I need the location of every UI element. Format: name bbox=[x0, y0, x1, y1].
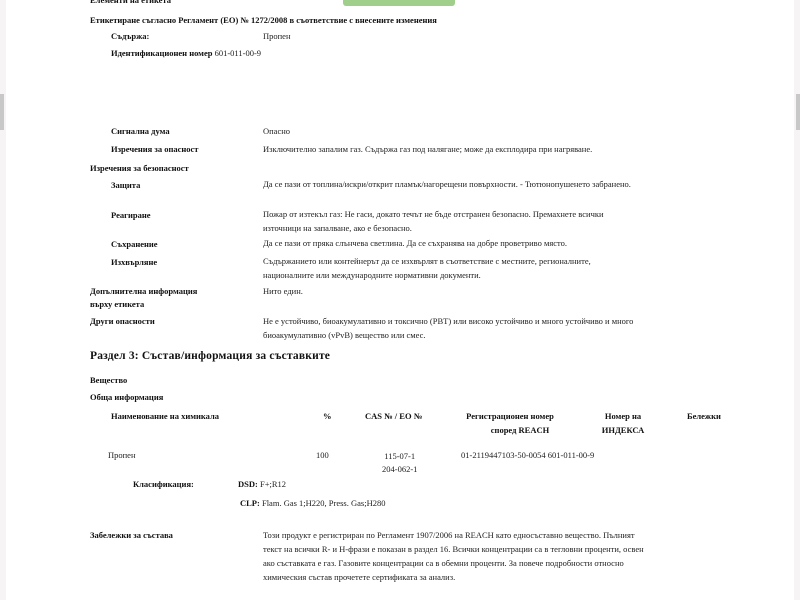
clp-value: Flam. Gas 1;H220, Press. Gas;H280 bbox=[262, 498, 385, 508]
disposal-label: Изхвърляне bbox=[111, 257, 157, 267]
scrollbar-thumb[interactable] bbox=[796, 94, 800, 130]
hazard-statements-label: Изречения за опасност bbox=[111, 144, 198, 154]
green-banner-button[interactable] bbox=[343, 0, 455, 6]
cell-cas: 115-07-1 bbox=[382, 450, 417, 463]
response-value: Пожар от изтекъл газ: Не гаси, докато те… bbox=[263, 207, 613, 235]
col-header-index: Номер на ИНДЕКСА bbox=[598, 409, 648, 437]
left-scroll-strip[interactable] bbox=[0, 0, 6, 600]
prevention-value: Да се пази от топлина/искри/открит пламъ… bbox=[263, 177, 633, 191]
composition-notes-label: Забележки за състава bbox=[90, 530, 173, 540]
dsd-value: F+;R12 bbox=[260, 479, 286, 489]
substance-heading: Вещество bbox=[90, 375, 127, 385]
classification-label: Класификация: bbox=[133, 479, 194, 489]
other-hazards-value: Не е устойчиво, биоакумулативно и токсич… bbox=[263, 314, 643, 342]
precautionary-heading: Изречения за безопасност bbox=[90, 163, 189, 173]
cell-percent: 100 bbox=[316, 450, 329, 460]
contains-value: Пропен bbox=[263, 31, 291, 41]
label-elements-heading: Елементи на етикета bbox=[90, 0, 171, 5]
storage-label: Съхранение bbox=[111, 239, 158, 249]
id-number-value: 601-011-00-9 bbox=[215, 48, 261, 58]
col-header-percent: % bbox=[323, 409, 332, 423]
contains-label: Съдържа: bbox=[111, 31, 149, 41]
clp-label: CLP: bbox=[240, 498, 260, 508]
dsd-row: DSD: F+;R12 bbox=[238, 479, 286, 489]
cell-reach-index: 01-2119447103-50-0054 601-011-00-9 bbox=[461, 450, 594, 460]
disposal-value: Съдържанието или контейнерът да се изхвъ… bbox=[263, 254, 623, 282]
cell-ec: 204-062-1 bbox=[382, 463, 417, 476]
hazard-statements-value: Изключително запалим газ. Съдържа газ по… bbox=[263, 144, 592, 154]
general-info-heading: Обща информация bbox=[90, 392, 163, 402]
clp-row: CLP: Flam. Gas 1;H220, Press. Gas;H280 bbox=[240, 498, 385, 508]
response-label: Реагиране bbox=[111, 210, 151, 220]
signal-word-label: Сигнална дума bbox=[111, 126, 170, 136]
col-header-name: Наименование на химикала bbox=[111, 409, 219, 423]
clp-labelling-heading: Етикетиране съгласно Регламент (ЕО) № 12… bbox=[90, 15, 437, 25]
supplementary-value: Нито един. bbox=[263, 286, 303, 296]
left-scroll-thumb[interactable] bbox=[0, 94, 4, 130]
supplementary-label: Допълнителна информация върху етикета bbox=[90, 285, 197, 311]
id-number-row: Идентификационен номер 601-011-00-9 bbox=[111, 48, 261, 58]
col-header-notes: Бележки bbox=[687, 409, 721, 423]
index-header-line1: Номер на bbox=[598, 409, 648, 423]
col-header-reach: Регистрационен номер според REACH bbox=[455, 409, 565, 437]
index-header-line2: ИНДЕКСА bbox=[598, 423, 648, 437]
other-hazards-label: Други опасности bbox=[90, 316, 155, 326]
supplementary-label-line1: Допълнителна информация bbox=[90, 285, 197, 298]
supplementary-label-line2: върху етикета bbox=[90, 298, 197, 311]
col-header-cas-ec: CAS № / ЕО № bbox=[365, 409, 422, 423]
section3-title: Раздел 3: Състав/информация за съставкит… bbox=[90, 350, 330, 362]
cell-cas-ec: 115-07-1 204-062-1 bbox=[382, 450, 417, 476]
cell-name: Пропен bbox=[108, 450, 136, 460]
prevention-label: Защита bbox=[111, 180, 140, 190]
storage-value: Да се пази от пряка слънчева светлина. Д… bbox=[263, 238, 567, 248]
signal-word-value: Опасно bbox=[263, 126, 290, 136]
id-number-label: Идентификационен номер bbox=[111, 48, 212, 58]
dsd-label: DSD: bbox=[238, 479, 258, 489]
vertical-scrollbar[interactable] bbox=[794, 0, 800, 600]
reach-header-line2: според REACH bbox=[455, 423, 565, 437]
composition-notes-value: Този продукт е регистриран по Регламент … bbox=[263, 528, 648, 584]
reach-header-line1: Регистрационен номер bbox=[455, 409, 565, 423]
